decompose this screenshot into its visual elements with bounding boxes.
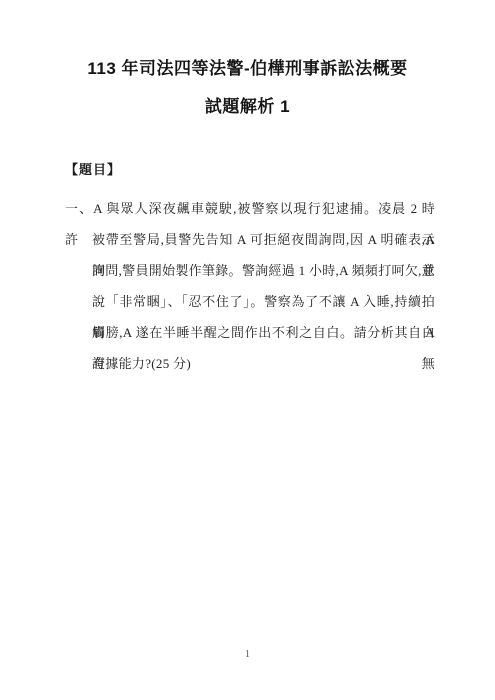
- question-line: 肩膀,A 遂在半睡半醒之間作出不利之自白。請分析其自白有無: [92, 317, 435, 348]
- section-label-question: 【題目】: [65, 159, 495, 178]
- document-page: 113 年司法四等法警-伯樺刑事訴訟法概要 試題解析 1 【題目】 一、A 與眾…: [0, 0, 495, 700]
- title-line-2: 試題解析 1: [0, 88, 495, 126]
- question-line: 詢問,警員開始製作筆錄。警詢經過 1 小時,A 頻頻打呵欠,並: [92, 255, 435, 286]
- page-number: 1: [0, 649, 495, 660]
- document-title: 113 年司法四等法警-伯樺刑事訴訟法概要 試題解析 1: [0, 0, 495, 126]
- question-paragraph: 一、A 與眾人深夜飆車競駛,被警察以現行犯逮捕。凌晨 2 時許,A 被帶至警局,…: [65, 193, 435, 379]
- question-line: 說「非常睏」、「忍不住了」。警察為了不讓 A 入睡,持續拍觸 A: [92, 286, 435, 317]
- question-line: 一、A 與眾人深夜飆車競駛,被警察以現行犯逮捕。凌晨 2 時許,A: [65, 193, 435, 224]
- title-line-1: 113 年司法四等法警-伯樺刑事訴訟法概要: [0, 50, 495, 88]
- question-line: 被帶至警局,員警先告知 A 可拒絕夜間詢問,因 A 明確表示同意: [92, 224, 435, 255]
